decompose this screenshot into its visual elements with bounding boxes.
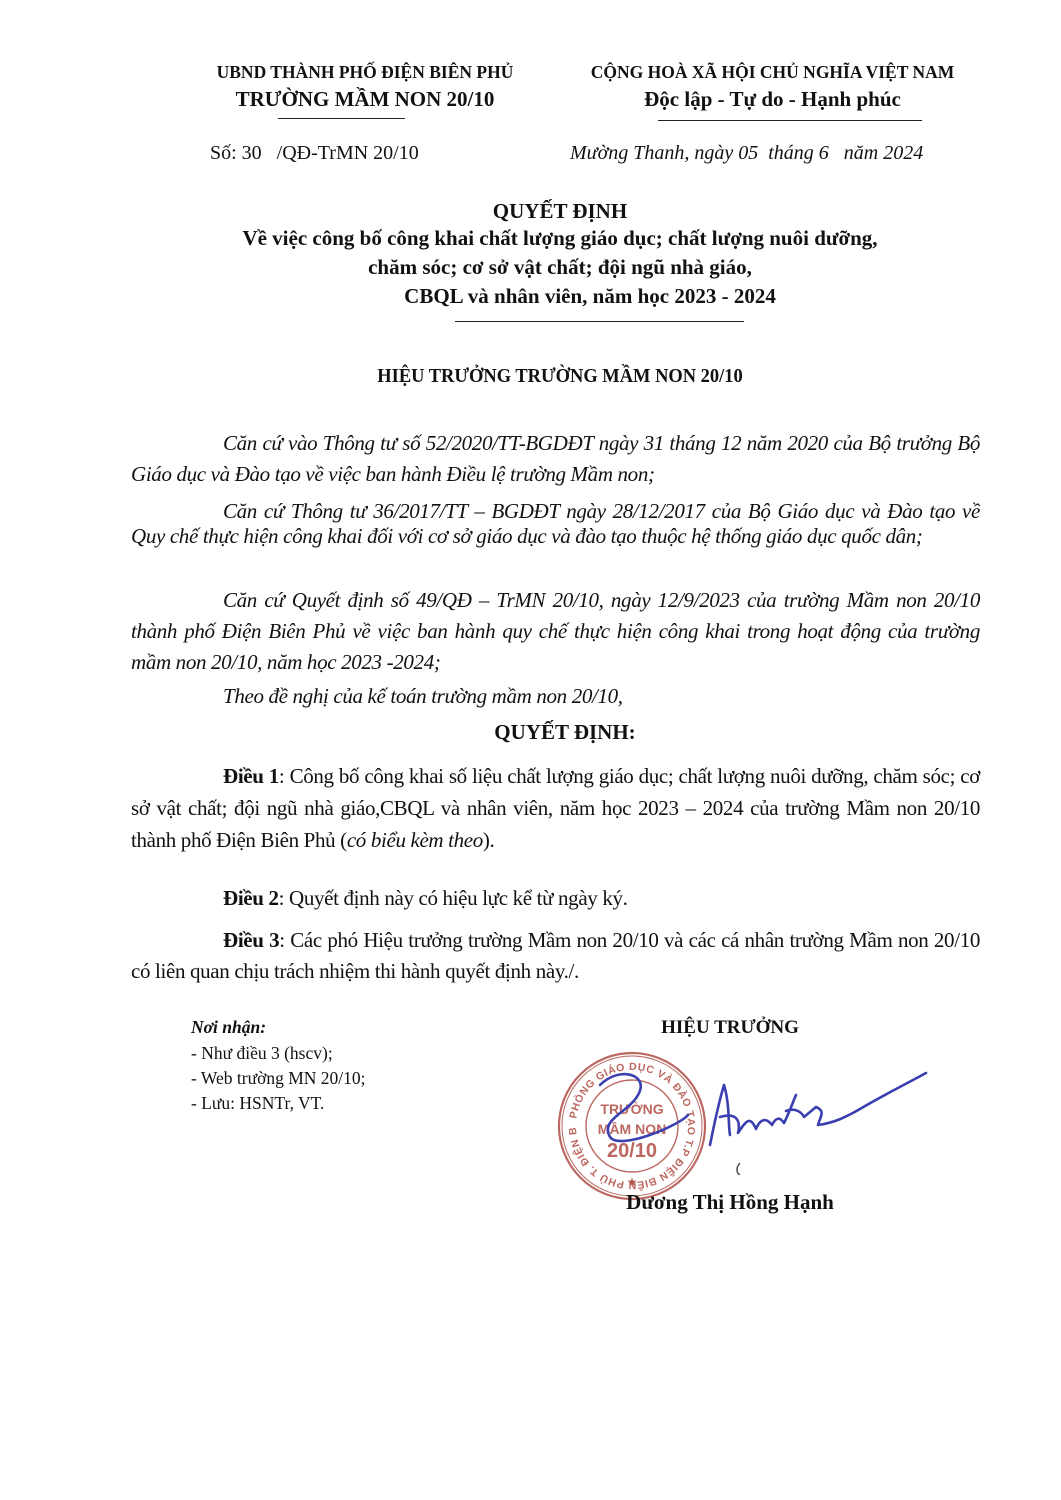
legal-basis: Căn cứ Thông tư 36/2017/TT – BGDĐT ngày … <box>131 499 980 549</box>
title-underline <box>455 321 744 322</box>
svg-text:★: ★ <box>627 1175 638 1189</box>
decision-heading: QUYẾT ĐỊNH: <box>130 720 1061 745</box>
recipient-item: - Lưu: HSNTr, VT. <box>191 1093 324 1114</box>
signer-title: HIỆU TRƯỞNG <box>540 1017 920 1039</box>
signer-name: Dương Thị Hồng Hạnh <box>540 1190 920 1215</box>
legal-basis: Căn cứ Quyết định số 49/QĐ – TrMN 20/10,… <box>131 585 980 678</box>
decision-subtitle-line: CBQL và nhân viên, năm học 2023 - 2024 <box>160 284 1020 309</box>
decision-title: QUYẾT ĐỊNH <box>130 199 990 224</box>
article-1: Điều 1: Công bố công khai số liệu chất l… <box>131 760 980 856</box>
place-and-date: Mường Thanh, ngày 05 tháng 6 năm 2024 <box>570 142 923 165</box>
recipients-label: Nơi nhận: <box>191 1017 266 1038</box>
article-3: Điều 3: Các phó Hiệu trưởng trường Mầm n… <box>131 925 980 987</box>
motto-underline <box>658 120 922 121</box>
issuing-authority: UBND THÀNH PHỐ ĐIỆN BIÊN PHỦ <box>180 62 550 83</box>
national-motto: Độc lập - Tự do - Hạnh phúc <box>560 87 985 112</box>
document-number: Số: 30 /QĐ-TrMN 20/10 <box>210 142 419 165</box>
issuing-authority-heading: HIỆU TRƯỞNG TRƯỜNG MẦM NON 20/10 <box>173 365 947 388</box>
recipient-item: - Web trường MN 20/10; <box>191 1068 366 1089</box>
recipient-item: - Như điều 3 (hscv); <box>191 1043 333 1064</box>
article-label: Điều 3 <box>223 928 279 952</box>
national-title: CỘNG HOÀ XÃ HỘI CHỦ NGHĨA VIỆT NAM <box>560 62 985 83</box>
decision-subtitle-line: Về việc công bố công khai chất lượng giá… <box>130 226 990 251</box>
legal-basis: Theo đề nghị của kế toán trường mầm non … <box>131 682 980 710</box>
article-2: Điều 2: Quyết định này có hiệu lực kể từ… <box>131 884 980 912</box>
decision-subtitle-line: chăm sóc; cơ sở vật chất; đội ngũ nhà gi… <box>130 255 990 280</box>
signature-icon <box>590 1055 930 1175</box>
school-name-underline <box>278 118 405 119</box>
article-label: Điều 2 <box>223 886 279 910</box>
school-name: TRƯỜNG MẦM NON 20/10 <box>180 87 550 112</box>
legal-basis: Căn cứ vào Thông tư số 52/2020/TT-BGDĐT … <box>131 428 980 490</box>
article-label: Điều 1 <box>223 764 279 788</box>
